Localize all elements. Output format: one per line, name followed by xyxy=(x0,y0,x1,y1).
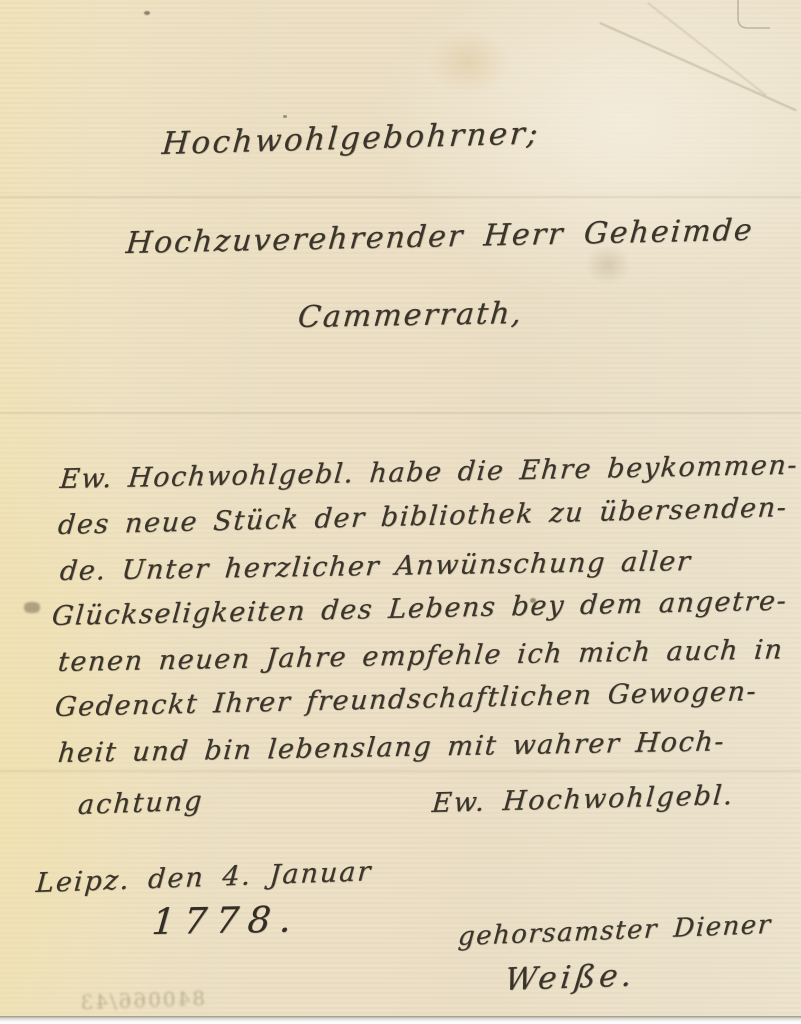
paper-crease xyxy=(600,22,797,111)
pencil-corner-mark xyxy=(728,0,776,36)
ink-speck xyxy=(144,11,150,15)
fold-line xyxy=(0,412,801,414)
scan-edge xyxy=(0,1016,801,1024)
body-line: des neue Stück der bibliothek zu übersen… xyxy=(57,492,789,541)
closing-word: achtung xyxy=(77,786,205,821)
closing-address: Ew. Hochwohlgebl. xyxy=(431,780,736,819)
salutation-line-3: Cammerrath, xyxy=(296,296,524,335)
body-line: heit und bin lebenslang mit wahrer Hoch- xyxy=(57,726,727,769)
dateline-year: 1778. xyxy=(150,899,302,943)
fold-line xyxy=(0,770,801,772)
paper-stain xyxy=(428,30,508,94)
signature-valediction: gehorsamster Diener xyxy=(457,910,773,952)
ink-speck xyxy=(283,115,287,118)
body-line: Ew. Hochwohlgebl. habe die Ehre beykomme… xyxy=(59,450,800,495)
dateline-place: Leipz. den 4. Januar xyxy=(35,856,373,899)
body-line: Glückseligkeiten des Lebens bey dem ange… xyxy=(51,586,789,632)
ink-smudge xyxy=(24,602,40,613)
paper-crease xyxy=(648,2,767,96)
salutation-line-1: Hochwohlgebohrner; xyxy=(161,115,542,162)
scanned-letter-page: Hochwohlgebohrner; Hochzuverehrender Her… xyxy=(0,0,801,1024)
signature-name: Weiße. xyxy=(503,957,637,998)
faint-mirrored-shelfmark: 840066/43 xyxy=(78,986,205,1014)
fold-line xyxy=(0,196,801,198)
body-line: tenen neuen Jahre empfehle ich mich auch… xyxy=(57,634,785,678)
body-line: de. Unter herzlicher Anwünschung aller xyxy=(59,546,693,587)
salutation-line-2: Hochzuverehrender Herr Geheimde xyxy=(125,213,756,261)
body-line: Gedenckt Ihrer freundschaftlichen Gewoge… xyxy=(54,676,759,723)
